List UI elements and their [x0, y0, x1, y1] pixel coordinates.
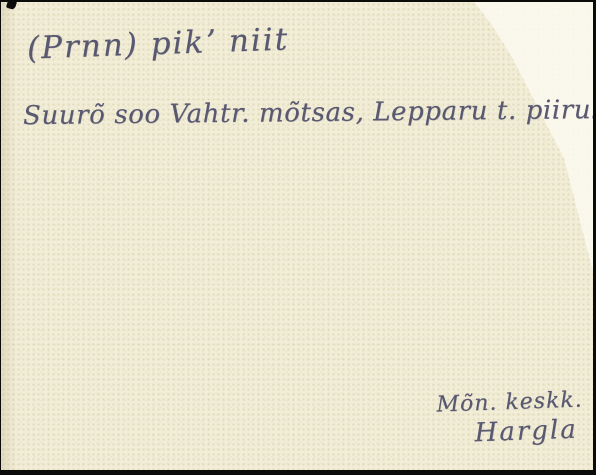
signature-block: Mõn. keskk. Hargla	[436, 387, 584, 449]
scan-edge-shadow	[1, 2, 17, 470]
collection-note: Mõn. keskk.	[436, 387, 583, 417]
parish-name: Hargla	[437, 414, 584, 449]
place-name-heading: (Prnn) pikʼ niit	[26, 21, 289, 66]
card-corner-highlight	[423, 2, 593, 272]
location-description: Suurõ soo Vahtr. mõtsas, Lepparu t. piir…	[23, 95, 596, 131]
scanned-card: (Prnn) pikʼ niit Suurõ soo Vahtr. mõtsas…	[0, 0, 596, 475]
